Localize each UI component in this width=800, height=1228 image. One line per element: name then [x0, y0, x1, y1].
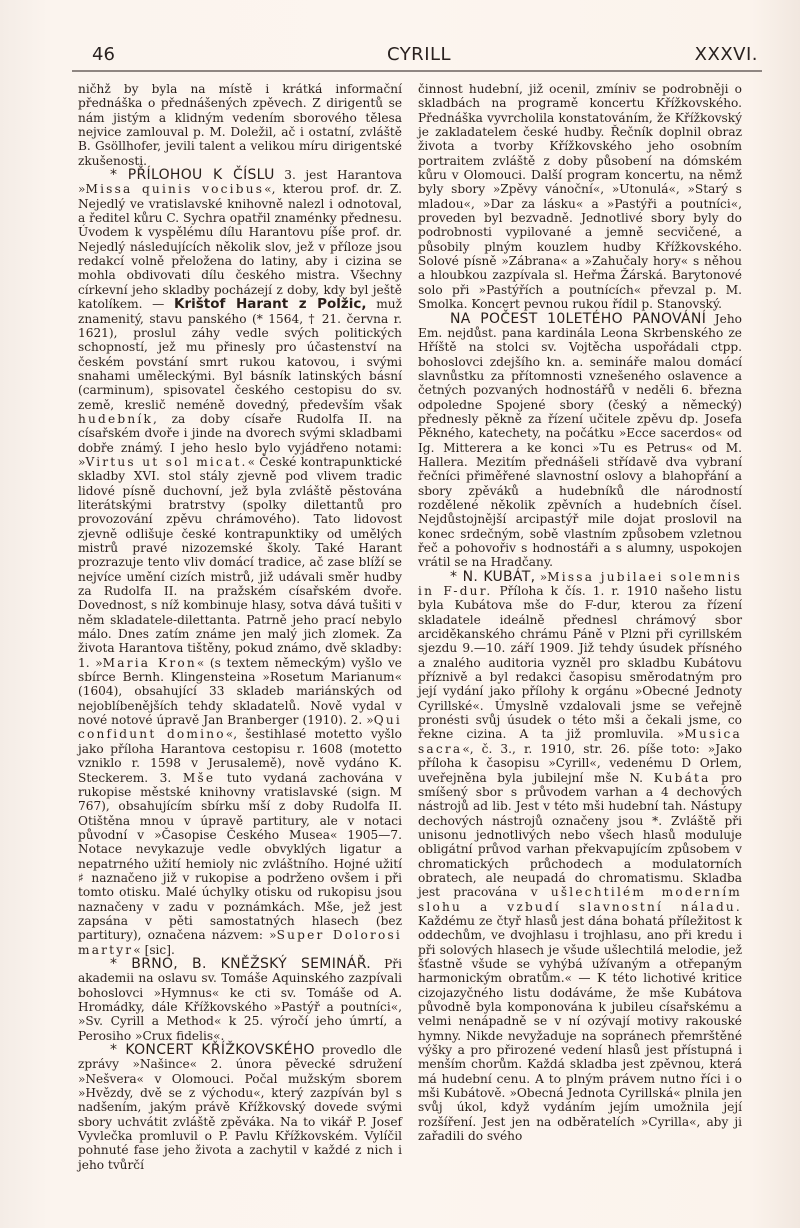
- paragraph-concert-end: ničhž by byla na místě i krátká informač…: [78, 82, 402, 168]
- section-heading: NA POČEST 10LETÉHO PANOVÁNÍ: [450, 311, 706, 327]
- section-heading: * N. KUBÁT,: [450, 569, 535, 585]
- article-priloha: * PŘÍLOHOU K ČÍSLU 3. jest Harantova »Mi…: [78, 168, 402, 957]
- scanned-page: 46 CYRILL XXXVI. ničhž by byla na místě …: [0, 0, 800, 1228]
- header-rule: [72, 70, 762, 72]
- left-column: ničhž by byla na místě i krátká informač…: [78, 82, 402, 1172]
- article-jubilee: NA POČEST 10LETÉHO PANOVÁNÍ Jeho Em. nej…: [418, 312, 742, 570]
- section-heading: * KONCERT KŘÍŽKOVSKÉHO: [110, 1042, 315, 1058]
- volume-number: XXXVI.: [695, 44, 758, 65]
- section-heading: * PŘÍLOHOU K ČÍSLU: [110, 167, 275, 183]
- composer-name: Krištof Harant z Polžic,: [174, 296, 367, 312]
- motto: Virtus ut sol micat.: [85, 455, 247, 469]
- article-kubat: * N. KUBÁT, »Missa jubilaei solemnis in …: [418, 570, 742, 1144]
- section-heading: * BRNO, B. KNĚŽSKÝ SEMINÁŘ.: [110, 956, 371, 972]
- work-title: Missa quinis vocibus: [85, 182, 264, 196]
- article-koncert: * KONCERT KŘÍŽKOVSKÉHO provedlo dle zprá…: [78, 1043, 402, 1172]
- running-header: 46 CYRILL XXXVI.: [80, 44, 758, 70]
- paragraph-koncert-cont: činnost hudební, již ocenil, zmíniv se p…: [418, 82, 742, 312]
- right-column: činnost hudební, již ocenil, zmíniv se p…: [418, 82, 742, 1143]
- article-brno: * BRNO, B. KNĚŽSKÝ SEMINÁŘ. Při akademii…: [78, 957, 402, 1043]
- journal-title: CYRILL: [80, 44, 758, 65]
